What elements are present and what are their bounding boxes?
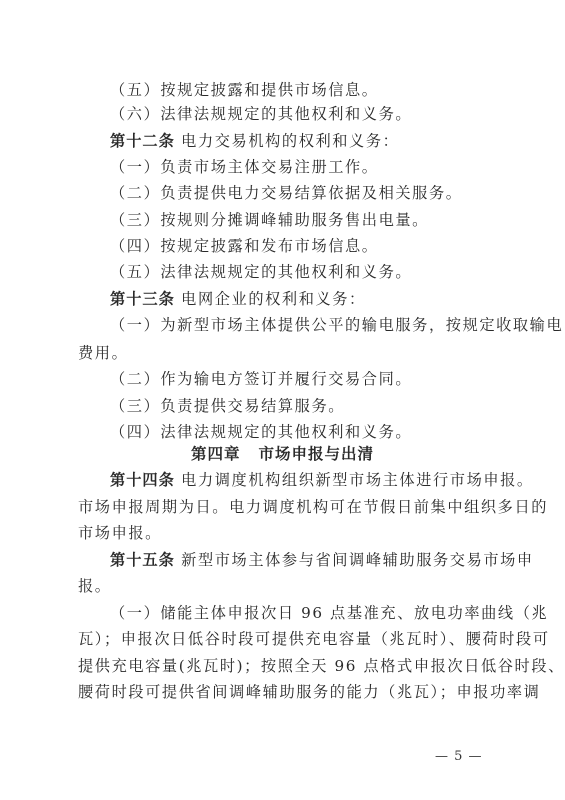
page-number: — 5 — [435,749,483,764]
line-text: （三）负责提供交易结算服务。 [110,397,345,415]
line-text: 电力交易机构的权利和义务： [175,132,400,150]
article-heading-line: 第十五条 新型市场主体参与省间调峰辅助服务交易市场申 [110,550,530,570]
line-text: 电力调度机构组织新型市场主体进行市场申报。 [175,471,534,489]
paragraph-line: 瓦）；申报次日低谷时段可提供充电容量（兆瓦时）、腰荷时段可 [78,629,498,649]
article-number: 第十四条 [110,471,175,489]
paragraph-line: （五）法律法规规定的其他权利和义务。 [110,262,530,282]
line-text: （五）法律法规规定的其他权利和义务。 [110,263,412,281]
article-number: 第十二条 [110,132,175,150]
document-page: （五）按规定披露和提供市场信息。（六）法律法规规定的其他权利和义务。第十二条 电… [0,0,565,800]
line-text: 费用。 [78,344,128,362]
paragraph-line: （一）储能主体申报次日 96 点基准充、放电功率曲线（兆 [110,603,530,623]
paragraph-line: （五）按规定披露和提供市场信息。 [110,80,530,100]
line-text: （四）按规定披露和发布市场信息。 [110,237,379,255]
line-text: 新型市场主体参与省间调峰辅助服务交易市场申 [175,551,534,569]
paragraph-line: （六）法律法规规定的其他权利和义务。 [110,104,530,124]
chapter-title: 市场申报与出清 [259,445,375,463]
line-text: 市场申报。 [78,524,162,542]
paragraph-line: 腰荷时段可提供省间调峰辅助服务的能力（兆瓦）；申报功率调 [78,682,498,702]
paragraph-line: （四）按规定披露和发布市场信息。 [110,236,530,256]
article-heading-line: 第十二条 电力交易机构的权利和义务： [110,131,530,151]
line-text: （一）负责市场主体交易注册工作。 [110,158,379,176]
paragraph-line: 市场申报周期为日。电力调度机构可在节假日前集中组织多日的 [78,497,498,517]
line-text: 报。 [78,577,112,595]
paragraph-line: （三）负责提供交易结算服务。 [110,396,530,416]
article-heading-line: 第十四条 电力调度机构组织新型市场主体进行市场申报。 [110,470,530,490]
paragraph-line: 市场申报。 [78,523,498,543]
line-text: （一）储能主体申报次日 96 点基准充、放电功率曲线（兆 [110,604,548,622]
line-text: （二）作为输电方签订并履行交易合同。 [110,370,412,388]
paragraph-line: （三）按规则分摊调峰辅助服务售出电量。 [110,210,530,230]
paragraph-line: 提供充电容量(兆瓦时)；按照全天 96 点格式申报次日低谷时段、 [78,656,498,676]
article-number: 第十五条 [110,551,175,569]
line-text: 瓦）；申报次日低谷时段可提供充电容量（兆瓦时）、腰荷时段可 [78,630,550,648]
paragraph-line: 报。 [78,576,498,596]
line-text: 电网企业的权利和义务： [175,290,366,308]
line-text: （三）按规则分摊调峰辅助服务售出电量。 [110,211,429,229]
article-heading-line: 第十三条 电网企业的权利和义务： [110,289,530,309]
chapter-number: 第四章 [191,445,241,463]
line-text: （四）法律法规规定的其他权利和义务。 [110,423,412,441]
line-text: 腰荷时段可提供省间调峰辅助服务的能力（兆瓦）；申报功率调 [78,683,540,701]
line-text: 市场申报周期为日。电力调度机构可在节假日前集中组织多日的 [78,498,548,516]
line-text: （六）法律法规规定的其他权利和义务。 [110,105,412,123]
paragraph-line: （一）为新型市场主体提供公平的输电服务，按规定收取输电 [110,315,530,335]
line-text: （一）为新型市场主体提供公平的输电服务，按规定收取输电 [110,316,563,334]
line-text: （五）按规定披露和提供市场信息。 [110,81,379,99]
article-number: 第十三条 [110,290,175,308]
paragraph-line: 费用。 [78,343,498,363]
paragraph-line: （二）负责提供电力交易结算依据及相关服务。 [110,183,530,203]
paragraph-line: （一）负责市场主体交易注册工作。 [110,157,530,177]
paragraph-line: （二）作为输电方签订并履行交易合同。 [110,369,530,389]
line-text: （二）负责提供电力交易结算依据及相关服务。 [110,184,463,202]
chapter-heading: 第四章市场申报与出清 [0,444,565,464]
line-text: 提供充电容量(兆瓦时)；按照全天 96 点格式申报次日低谷时段、 [78,657,565,675]
paragraph-line: （四）法律法规规定的其他权利和义务。 [110,422,530,442]
